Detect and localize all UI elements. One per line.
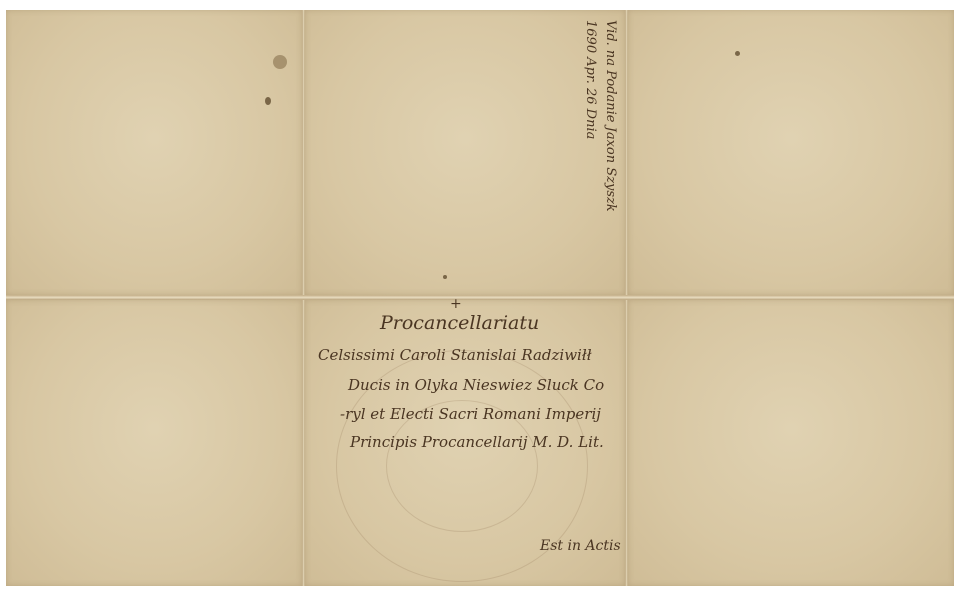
stain-mark xyxy=(273,55,287,69)
address-line-2: Celsissimi Caroli Stanislai Radziwiłł xyxy=(318,346,592,364)
vertical-annotation-line-1: Vid. na Podanie Jaxon Szyszk xyxy=(600,20,620,290)
fold-line-horizontal xyxy=(6,295,954,300)
panel-top-right xyxy=(628,10,954,295)
cross-mark: + xyxy=(450,296,462,312)
ink-spot xyxy=(265,97,271,105)
panel-bottom-left xyxy=(6,300,302,586)
address-line-4: -ryl et Electi Sacri Romani Imperij xyxy=(340,405,601,423)
panel-top-left xyxy=(6,10,302,295)
document-sheet xyxy=(6,10,954,586)
footer-note: Est in Actis xyxy=(540,538,621,554)
ink-spot xyxy=(443,275,447,279)
panel-bottom-right xyxy=(628,300,954,586)
vertical-annotation: Vid. na Podanie Jaxon Szyszk 1690 Apr. 2… xyxy=(560,20,620,290)
vertical-annotation-line-2: 1690 Apr. 26 Dnia xyxy=(580,20,600,290)
address-line-3: Ducis in Olyka Nieswiez Sluck Co xyxy=(348,376,604,394)
address-line-1: Procancellariatu xyxy=(380,312,539,334)
ink-spot xyxy=(735,51,740,56)
address-line-5: Principis Procancellarij M. D. Lit. xyxy=(350,433,604,451)
